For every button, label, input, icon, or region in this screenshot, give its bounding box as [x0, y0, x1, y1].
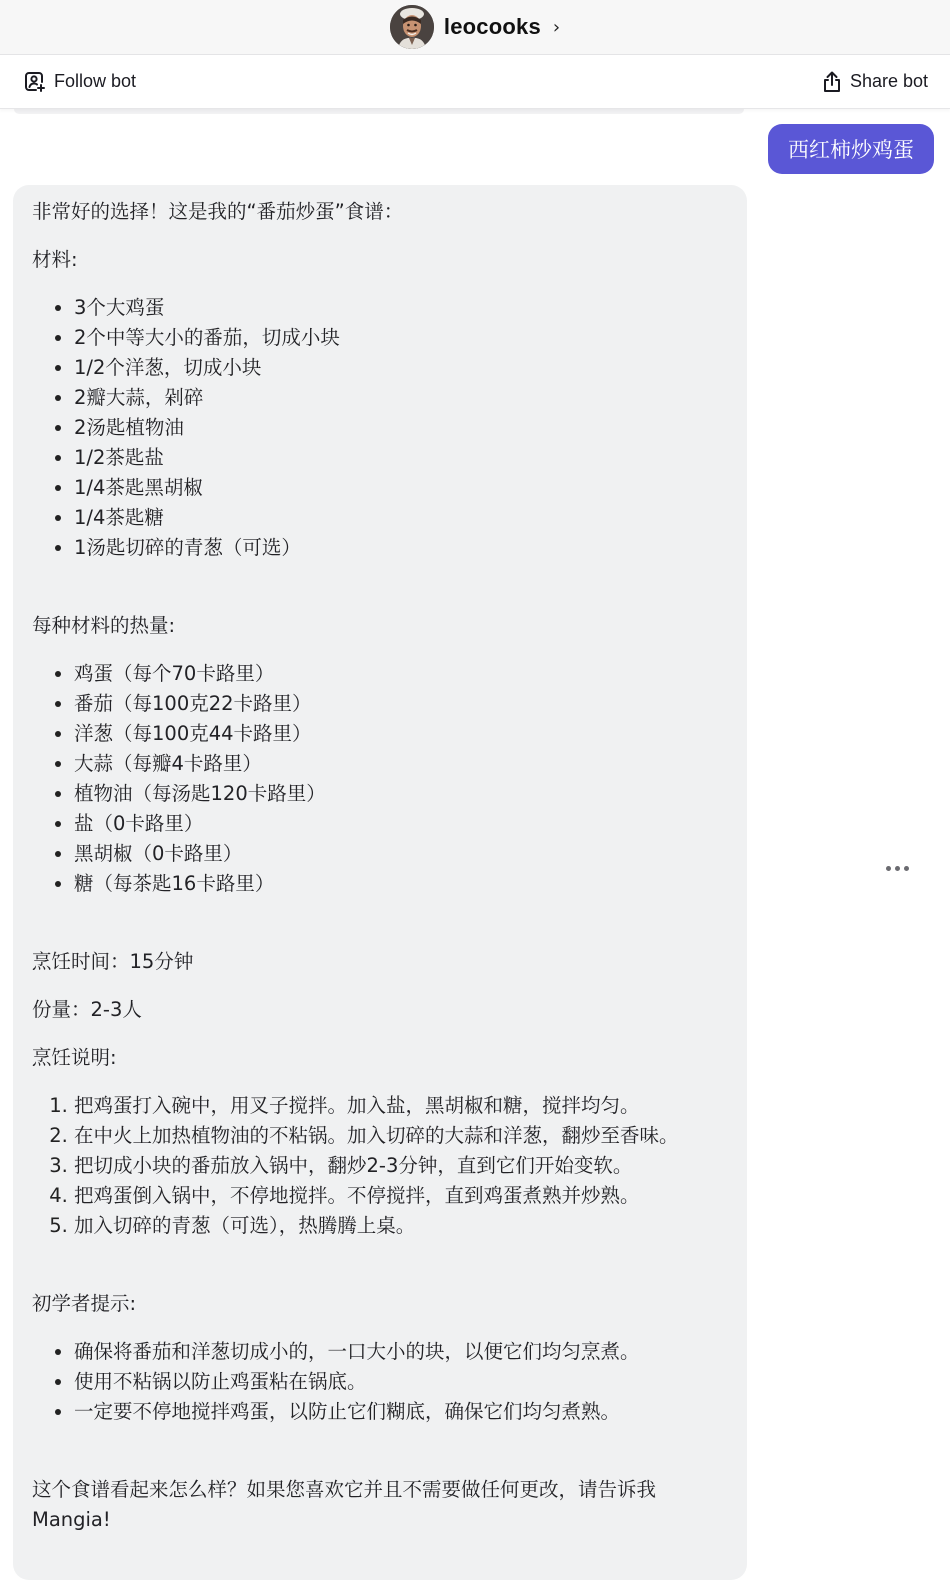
list-item: 鸡蛋（每个70卡路里）: [74, 659, 727, 689]
instructions-heading: 烹饪说明:: [32, 1043, 727, 1073]
share-upload-icon: [822, 71, 842, 93]
chef-avatar-icon: [390, 5, 434, 49]
closing-text: 这个食谱看起来怎么样？如果您喜欢它并且不需要做任何更改，请告诉我Mangia!: [32, 1475, 727, 1535]
user-message-bubble: 西红柿炒鸡蛋: [768, 124, 934, 174]
tips-heading: 初学者提示:: [32, 1289, 727, 1319]
previous-message-edge: [14, 109, 744, 114]
list-item: 1/2茶匙盐: [74, 443, 727, 473]
list-item: 加入切碎的青葱（可选），热腾腾上桌。: [74, 1211, 727, 1241]
bot-name: leocooks: [444, 14, 541, 40]
list-item: 使用不粘锅以防止鸡蛋粘在锅底。: [74, 1367, 727, 1397]
intro-text: 非常好的选择！这是我的“番茄炒蛋”食谱：: [32, 197, 727, 227]
action-bar: Follow bot Share bot: [0, 55, 950, 109]
servings: 份量：2-3人: [32, 995, 727, 1025]
list-item: 1/2个洋葱，切成小块: [74, 353, 727, 383]
list-item: 把鸡蛋倒入锅中，不停地搅拌。不停搅拌，直到鸡蛋煮熟并炒熟。: [74, 1181, 727, 1211]
user-plus-icon: [24, 71, 46, 93]
more-horizontal-icon[interactable]: [884, 860, 910, 876]
list-item: 把切成小块的番茄放入锅中，翻炒2-3分钟，直到它们开始变软。: [74, 1151, 727, 1181]
list-item: 大蒜（每瓣4卡路里）: [74, 749, 727, 779]
bot-message-bubble: 非常好的选择！这是我的“番茄炒蛋”食谱： 材料: 3个大鸡蛋 2个中等大小的番茄…: [13, 185, 747, 1580]
calories-heading: 每种材料的热量:: [32, 611, 727, 641]
list-item: 2瓣大蒜，剁碎: [74, 383, 727, 413]
list-item: 糖（每茶匙16卡路里）: [74, 869, 727, 899]
follow-bot-button[interactable]: Follow bot: [24, 71, 136, 93]
follow-bot-label: Follow bot: [54, 71, 136, 92]
list-item: 1汤匙切碎的青葱（可选）: [74, 533, 727, 563]
list-item: 番茄（每100克22卡路里）: [74, 689, 727, 719]
share-bot-button[interactable]: Share bot: [822, 71, 928, 93]
list-item: 1/4茶匙糖: [74, 503, 727, 533]
chevron-right-icon: ›: [553, 17, 560, 38]
top-bar: leocooks ›: [0, 0, 950, 55]
list-item: 3个大鸡蛋: [74, 293, 727, 323]
list-item: 盐（0卡路里）: [74, 809, 727, 839]
list-item: 2汤匙植物油: [74, 413, 727, 443]
list-item: 把鸡蛋打入碗中，用叉子搅拌。加入盐，黑胡椒和糖，搅拌均匀。: [74, 1091, 727, 1121]
user-message-text: 西红柿炒鸡蛋: [788, 134, 914, 164]
list-item: 2个中等大小的番茄，切成小块: [74, 323, 727, 353]
list-item: 植物油（每汤匙120卡路里）: [74, 779, 727, 809]
list-item: 在中火上加热植物油的不粘锅。加入切碎的大蒜和洋葱，翻炒至香味。: [74, 1121, 727, 1151]
list-item: 洋葱（每100克44卡路里）: [74, 719, 727, 749]
calories-list: 鸡蛋（每个70卡路里） 番茄（每100克22卡路里） 洋葱（每100克44卡路里…: [32, 659, 727, 899]
cook-time: 烹饪时间：15分钟: [32, 947, 727, 977]
list-item: 确保将番茄和洋葱切成小的，一口大小的块，以便它们均匀烹煮。: [74, 1337, 727, 1367]
tips-list: 确保将番茄和洋葱切成小的，一口大小的块，以便它们均匀烹煮。 使用不粘锅以防止鸡蛋…: [32, 1337, 727, 1427]
share-bot-label: Share bot: [850, 71, 928, 92]
list-item: 1/4茶匙黑胡椒: [74, 473, 727, 503]
ingredients-heading: 材料:: [32, 245, 727, 275]
bot-profile-link[interactable]: leocooks ›: [390, 5, 560, 49]
instructions-list: 把鸡蛋打入碗中，用叉子搅拌。加入盐，黑胡椒和糖，搅拌均匀。 在中火上加热植物油的…: [32, 1091, 727, 1241]
list-item: 一定要不停地搅拌鸡蛋，以防止它们糊底，确保它们均匀煮熟。: [74, 1397, 727, 1427]
ingredients-list: 3个大鸡蛋 2个中等大小的番茄，切成小块 1/2个洋葱，切成小块 2瓣大蒜，剁碎…: [32, 293, 727, 563]
list-item: 黑胡椒（0卡路里）: [74, 839, 727, 869]
